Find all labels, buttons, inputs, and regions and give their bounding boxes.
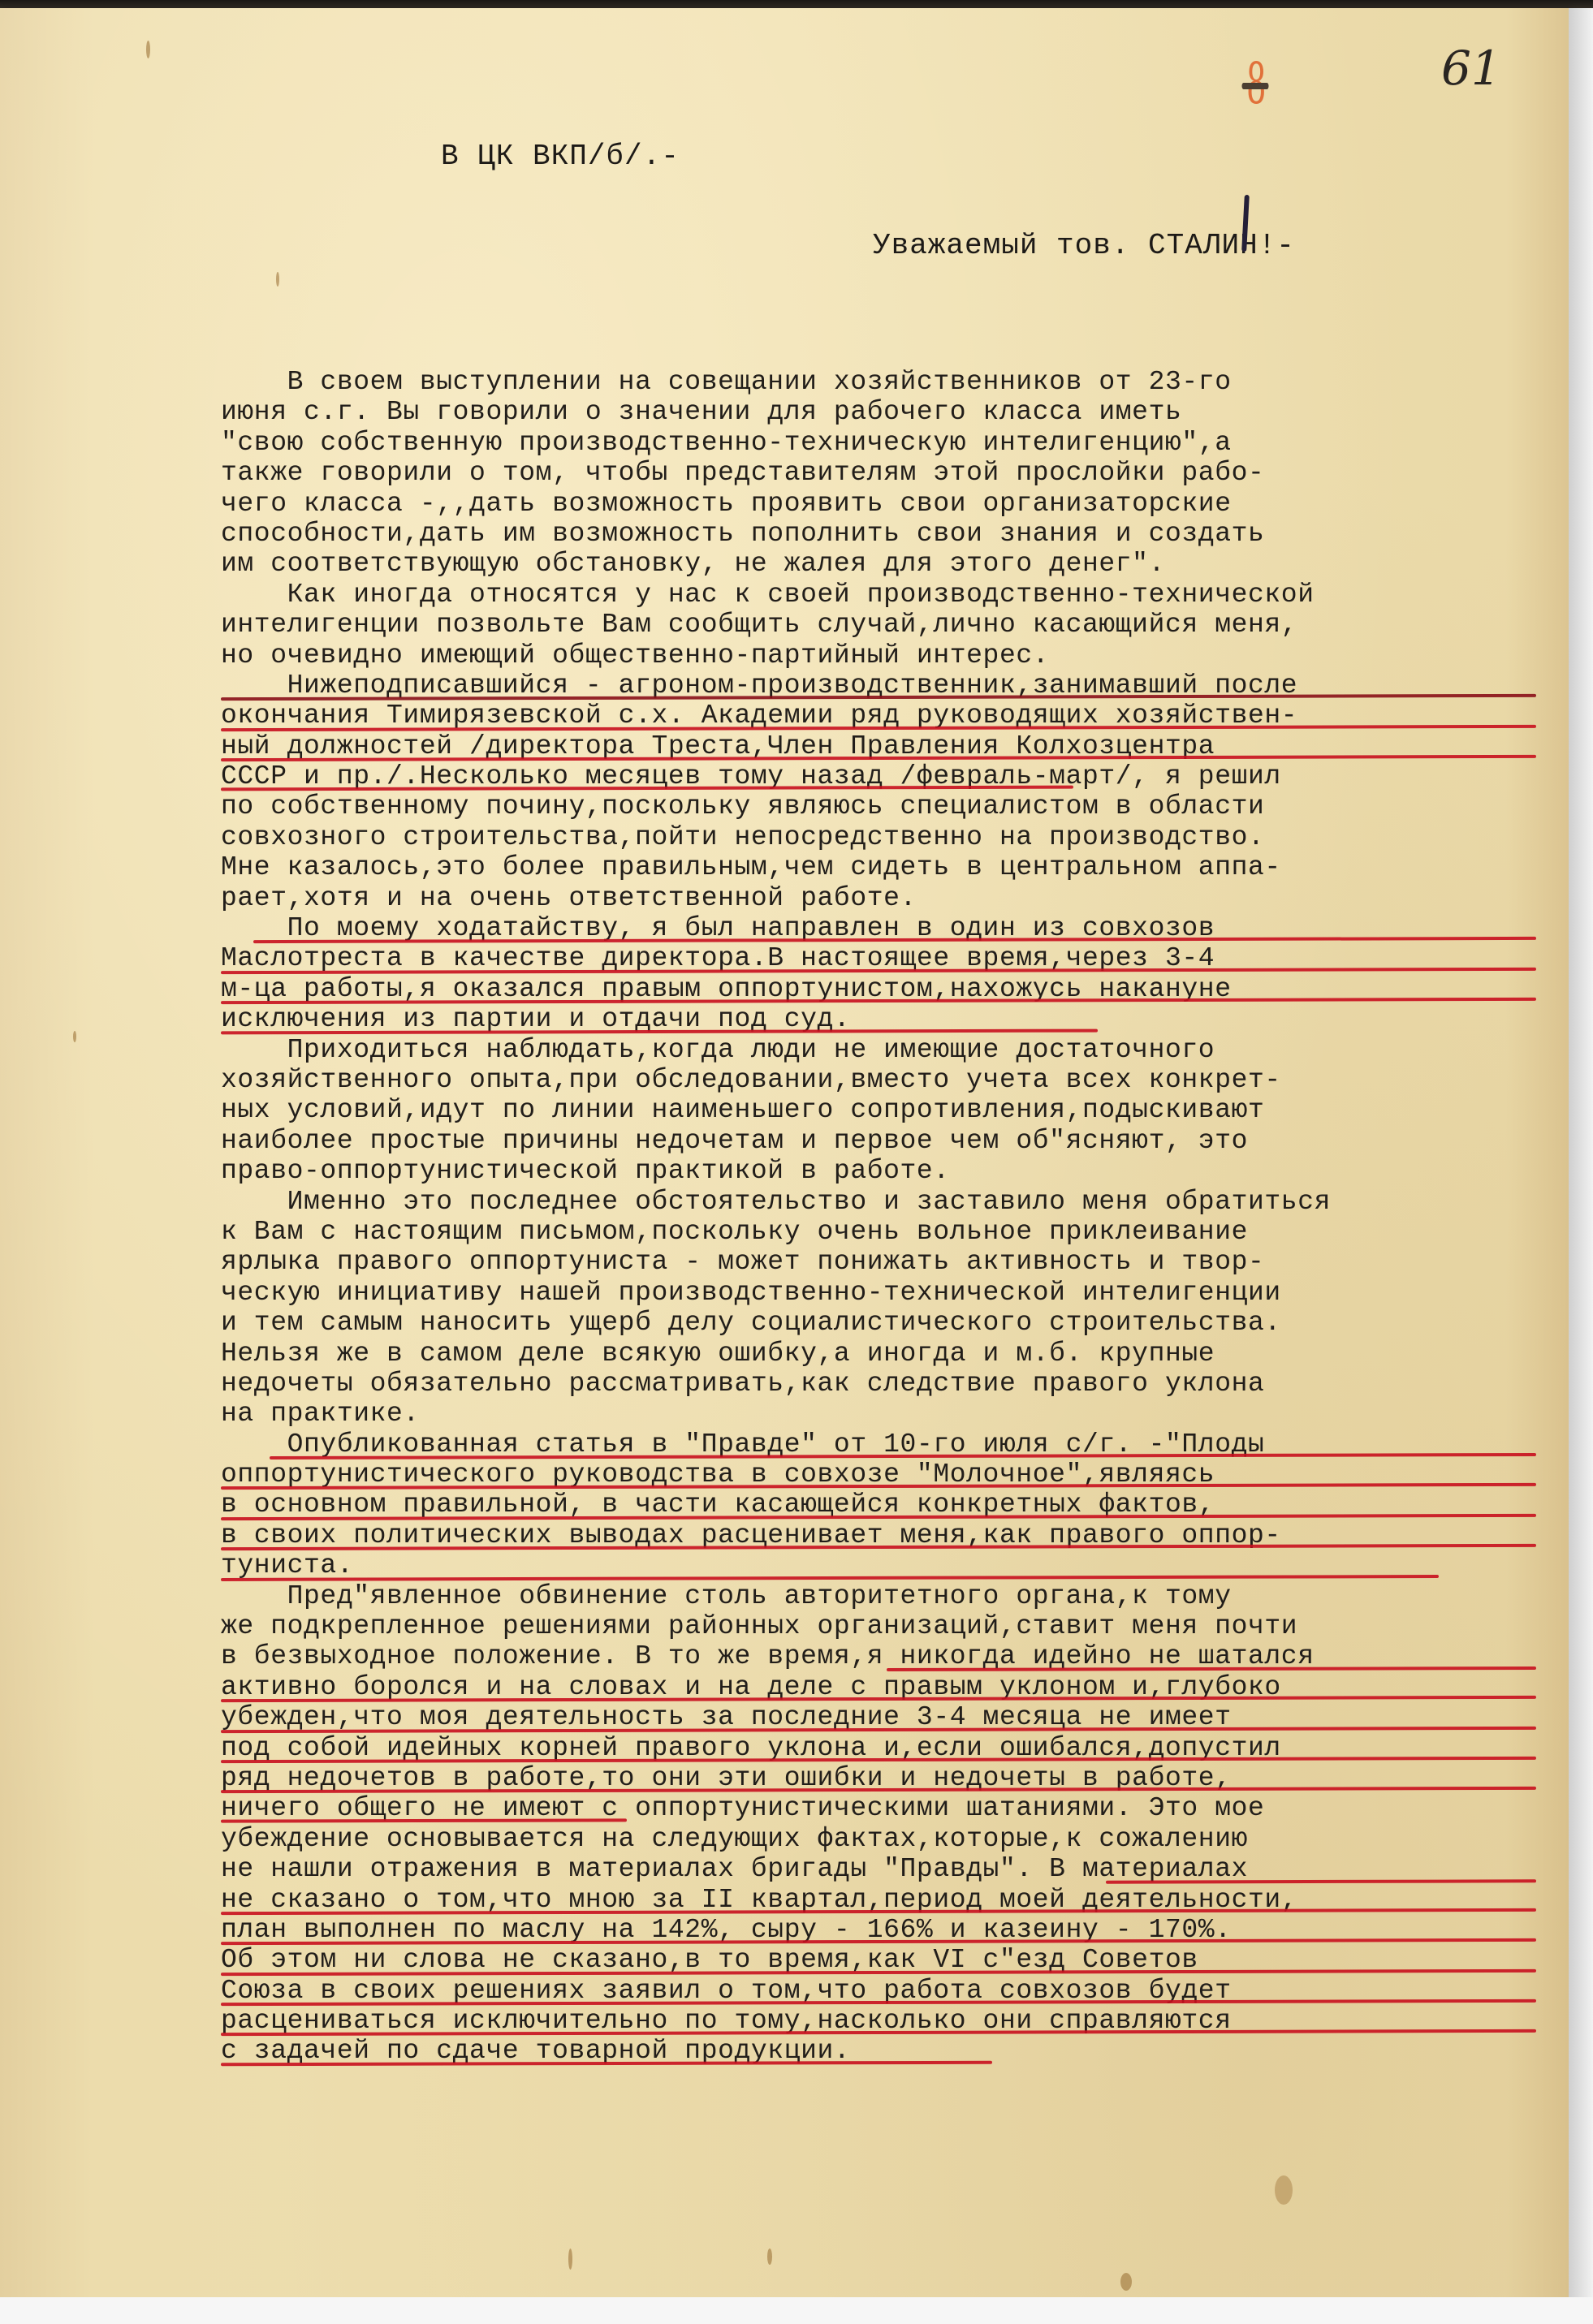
- typed-line: июня с.г. Вы говорили о значении для раб…: [221, 397, 1569, 427]
- typed-line: оппортунистического руководства в совхоз…: [221, 1460, 1569, 1490]
- typed-line: с задачей по сдаче товарной продукции.: [221, 2036, 1569, 2066]
- typed-line: рает,хотя и на очень ответственной работ…: [221, 883, 1569, 913]
- typed-line: ярлыка правого оппортуниста - может пони…: [221, 1247, 1569, 1277]
- typed-line: ных условий,идут по линии наименьшего со…: [221, 1095, 1569, 1125]
- typed-line: Союза в своих решениях заявил о том,что …: [221, 1976, 1569, 2006]
- typed-line: к Вам с настоящим письмом,поскольку очен…: [221, 1217, 1569, 1247]
- typed-line: интелигенции позвольте Вам сообщить случ…: [221, 610, 1569, 640]
- scan-right-edge: [1569, 8, 1593, 2324]
- typed-line: и тем самым наносить ущерб делу социалис…: [221, 1308, 1569, 1338]
- typed-line: на практике.: [221, 1399, 1569, 1429]
- typed-line: убежден,что моя деятельность за последни…: [221, 1702, 1569, 1732]
- typed-line: Маслотреста в качестве директора.В насто…: [221, 943, 1569, 973]
- typed-line: ничего общего не имеют с оппортунистичес…: [221, 1793, 1569, 1823]
- typed-line: в основном правильной, в части касающейс…: [221, 1490, 1569, 1520]
- typed-line: хозяйственного опыта,при обследовании,вм…: [221, 1065, 1569, 1095]
- typed-line: "свою собственную производственно-технич…: [221, 428, 1569, 458]
- typed-line: чего класса -,,дать возможность проявить…: [221, 489, 1569, 519]
- typed-line: Нельзя же в самом деле всякую ошибку,а и…: [221, 1339, 1569, 1369]
- typed-line: право-оппортунистической практикой в раб…: [221, 1156, 1569, 1186]
- typed-line: ческую инициативу нашей производственно-…: [221, 1278, 1569, 1308]
- typed-line: По моему ходатайству, я был направлен в …: [221, 913, 1569, 943]
- typed-line: под собой идейных корней правого уклона …: [221, 1733, 1569, 1763]
- typed-line: Опубликованная статья в "Правде" от 10-г…: [221, 1429, 1569, 1460]
- typed-line: совхозного строительства,пойти непосредс…: [221, 822, 1569, 852]
- typed-line: расцениваться исключительно по тому,наск…: [221, 2006, 1569, 2036]
- scan-bottom-edge: [0, 2297, 1593, 2324]
- typed-line: В своем выступлении на совещании хозяйст…: [221, 367, 1569, 397]
- typed-line: Именно это последнее обстоятельство и за…: [221, 1187, 1569, 1217]
- typed-line: по собственному почину,поскольку являюсь…: [221, 791, 1569, 821]
- typed-line: туниста.: [221, 1550, 1569, 1580]
- typed-line: не сказано о том,что мною за II квартал,…: [221, 1885, 1569, 1915]
- typed-line: окончания Тимирязевской с.х. Академии ря…: [221, 701, 1569, 731]
- typed-line: Пред"явленное обвинение столь авторитетн…: [221, 1581, 1569, 1611]
- typed-line: м-ца работы,я оказался правым оппортунис…: [221, 974, 1569, 1004]
- typed-line: не нашли отражения в материалах бригады …: [221, 1854, 1569, 1884]
- typed-line: наиболее простые причины недочетам и пер…: [221, 1126, 1569, 1156]
- typed-line: им соответствующую обстановку, не жалея …: [221, 549, 1569, 579]
- typed-line: план выполнен по маслу на 142%, сыру - 1…: [221, 1915, 1569, 1945]
- typed-line: Мне казалось,это более правильным,чем си…: [221, 852, 1569, 882]
- crossed-archive-number: 8: [1246, 50, 1267, 117]
- typed-line: исключения из партии и отдачи под суд.: [221, 1004, 1569, 1034]
- typed-line: активно боролся и на словах и на деле с …: [221, 1672, 1569, 1702]
- typed-line: способности,дать им возможность пополнит…: [221, 519, 1569, 549]
- typed-line: же подкрепленное решениями районных орга…: [221, 1611, 1569, 1641]
- typed-line: Приходиться наблюдать,когда люди не имею…: [221, 1035, 1569, 1065]
- letter-body: В своем выступлении на совещании хозяйст…: [221, 367, 1569, 2067]
- salutation: Уважаемый тов. СТАЛИН!-: [873, 229, 1295, 262]
- typed-line: ный должностей /директора Треста,Член Пр…: [221, 731, 1569, 761]
- typed-line: в безвыходное положение. В то же время,я…: [221, 1641, 1569, 1671]
- typed-line: Как иногда относятся у нас к своей произ…: [221, 580, 1569, 610]
- typed-line: СССР и пр./.Несколько месяцев тому назад…: [221, 761, 1569, 791]
- typed-line: недочеты обязательно рассматривать,как с…: [221, 1369, 1569, 1399]
- typed-line: ряд недочетов в работе,то они эти ошибки…: [221, 1763, 1569, 1793]
- typed-line: но очевидно имеющий общественно-партийны…: [221, 640, 1569, 670]
- typed-line: Нижеподписавшийся - агроном-производстве…: [221, 670, 1569, 701]
- addressee-heading: В ЦК ВКП/б/.-: [441, 140, 680, 173]
- folio-number: 61: [1441, 41, 1501, 96]
- typed-line: в своих политических выводах расценивает…: [221, 1520, 1569, 1550]
- typed-line: Об этом ни слова не сказано,в то время,к…: [221, 1945, 1569, 1975]
- typed-line: убеждение основывается на следующих факт…: [221, 1824, 1569, 1854]
- typed-line: также говорили о том, чтобы представител…: [221, 458, 1569, 488]
